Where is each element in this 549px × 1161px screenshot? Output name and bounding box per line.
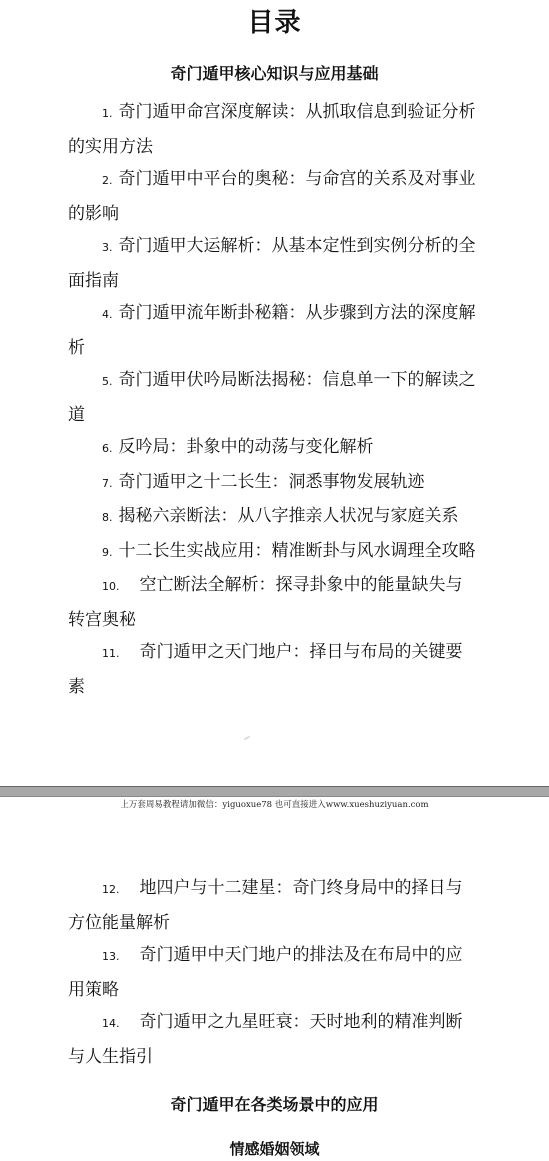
toc-item-number: 9. bbox=[102, 537, 113, 570]
toc-item-8[interactable]: 8.揭秘六亲断法：从八字推亲人状况与家庭关系 bbox=[68, 500, 478, 535]
toc-item-number: 2. bbox=[102, 165, 113, 198]
document-page-2: 12.地四户与十二建星：奇门终身局中的择日与方位能量解析 13.奇门遁甲中天门地… bbox=[0, 812, 549, 1161]
toc-item-number: 1. bbox=[102, 98, 113, 131]
toc-item-1[interactable]: 1.奇门遁甲命宫深度解读：从抓取信息到验证分析的实用方法 bbox=[68, 96, 478, 163]
toc-item-text: 奇门遁甲中平台的奥秘：与命宫的关系及对事业的影响 bbox=[68, 169, 476, 224]
toc-item-11[interactable]: 11.奇门遁甲之天门地户：择日与布局的关键要素 bbox=[68, 636, 478, 703]
toc-item-4[interactable]: 4.奇门遁甲流年断卦秘籍：从步骤到方法的深度解析 bbox=[68, 297, 478, 364]
toc-item-number: 10. bbox=[102, 571, 120, 604]
toc-item-number: 13. bbox=[102, 941, 120, 974]
toc-item-number: 5. bbox=[102, 366, 113, 399]
toc-item-text: 奇门遁甲流年断卦秘籍：从步骤到方法的深度解析 bbox=[68, 303, 476, 358]
toc-item-number: 6. bbox=[102, 433, 113, 466]
toc-item-5[interactable]: 5.奇门遁甲伏吟局断法揭秘：信息单一下的解读之道 bbox=[68, 364, 478, 431]
toc-item-number: 12. bbox=[102, 874, 120, 907]
toc-item-text: 空亡断法全解析：探寻卦象中的能量缺失与转宫奥秘 bbox=[68, 575, 463, 630]
toc-item-9[interactable]: 9.十二长生实战应用：精准断卦与风水调理全攻略 bbox=[68, 535, 478, 570]
toc-item-text: 奇门遁甲之十二长生：洞悉事物发展轨迹 bbox=[119, 472, 425, 492]
toc-item-7[interactable]: 7.奇门遁甲之十二长生：洞悉事物发展轨迹 bbox=[68, 466, 478, 501]
toc-item-12[interactable]: 12.地四户与十二建星：奇门终身局中的择日与方位能量解析 bbox=[68, 872, 478, 939]
document-page-1: 目录 奇门遁甲核心知识与应用基础 1.奇门遁甲命宫深度解读：从抓取信息到验证分析… bbox=[0, 0, 549, 786]
toc-item-10[interactable]: 10.空亡断法全解析：探寻卦象中的能量缺失与转宫奥秘 bbox=[68, 569, 478, 636]
section-heading-core: 奇门遁甲核心知识与应用基础 bbox=[0, 61, 549, 84]
page-title: 目录 bbox=[0, 2, 549, 39]
toc-item-14[interactable]: 14.奇门遁甲之九星旺衰：天时地利的精准判断与人生指引 bbox=[68, 1006, 478, 1073]
section-heading-applications: 奇门遁甲在各类场景中的应用 bbox=[0, 1092, 549, 1115]
toc-item-number: 3. bbox=[102, 232, 113, 265]
toc-item-text: 奇门遁甲伏吟局断法揭秘：信息单一下的解读之道 bbox=[68, 370, 476, 425]
toc-item-6[interactable]: 6.反吟局：卦象中的动荡与变化解析 bbox=[68, 431, 478, 466]
toc-item-number: 8. bbox=[102, 502, 113, 535]
toc-item-text: 反吟局：卦象中的动荡与变化解析 bbox=[119, 437, 374, 457]
toc-item-number: 7. bbox=[102, 468, 113, 501]
toc-item-text: 奇门遁甲大运解析：从基本定性到实例分析的全面指南 bbox=[68, 236, 476, 291]
toc-item-number: 11. bbox=[102, 638, 120, 671]
toc-item-text: 奇门遁甲命宫深度解读：从抓取信息到验证分析的实用方法 bbox=[68, 102, 476, 157]
toc-item-text: 奇门遁甲之九星旺衰：天时地利的精准判断与人生指引 bbox=[68, 1012, 463, 1067]
toc-item-text: 奇门遁甲之天门地户：择日与布局的关键要素 bbox=[68, 642, 463, 697]
toc-list: 1.奇门遁甲命宫深度解读：从抓取信息到验证分析的实用方法 2.奇门遁甲中平台的奥… bbox=[68, 96, 478, 703]
toc-item-text: 十二长生实战应用：精准断卦与风水调理全攻略 bbox=[119, 541, 476, 561]
toc-item-number: 14. bbox=[102, 1008, 120, 1041]
toc-item-3[interactable]: 3.奇门遁甲大运解析：从基本定性到实例分析的全面指南 bbox=[68, 230, 478, 297]
subsection-heading-relationships: 情感婚姻领域 bbox=[0, 1138, 549, 1159]
page-break-divider bbox=[0, 786, 549, 797]
toc-item-text: 揭秘六亲断法：从八字推亲人状况与家庭关系 bbox=[119, 506, 459, 526]
scan-artifact bbox=[244, 736, 250, 741]
footer-note: 上万套周易教程请加微信：yiguoxue78 也可直接进入www.xueshuz… bbox=[0, 798, 549, 810]
toc-item-text: 地四户与十二建星：奇门终身局中的择日与方位能量解析 bbox=[68, 878, 463, 933]
toc-item-number: 4. bbox=[102, 299, 113, 332]
toc-item-13[interactable]: 13.奇门遁甲中天门地户的排法及在布局中的应用策略 bbox=[68, 939, 478, 1006]
toc-item-text: 奇门遁甲中天门地户的排法及在布局中的应用策略 bbox=[68, 945, 463, 1000]
toc-item-2[interactable]: 2.奇门遁甲中平台的奥秘：与命宫的关系及对事业的影响 bbox=[68, 163, 478, 230]
toc-list-continued: 12.地四户与十二建星：奇门终身局中的择日与方位能量解析 13.奇门遁甲中天门地… bbox=[68, 872, 478, 1073]
